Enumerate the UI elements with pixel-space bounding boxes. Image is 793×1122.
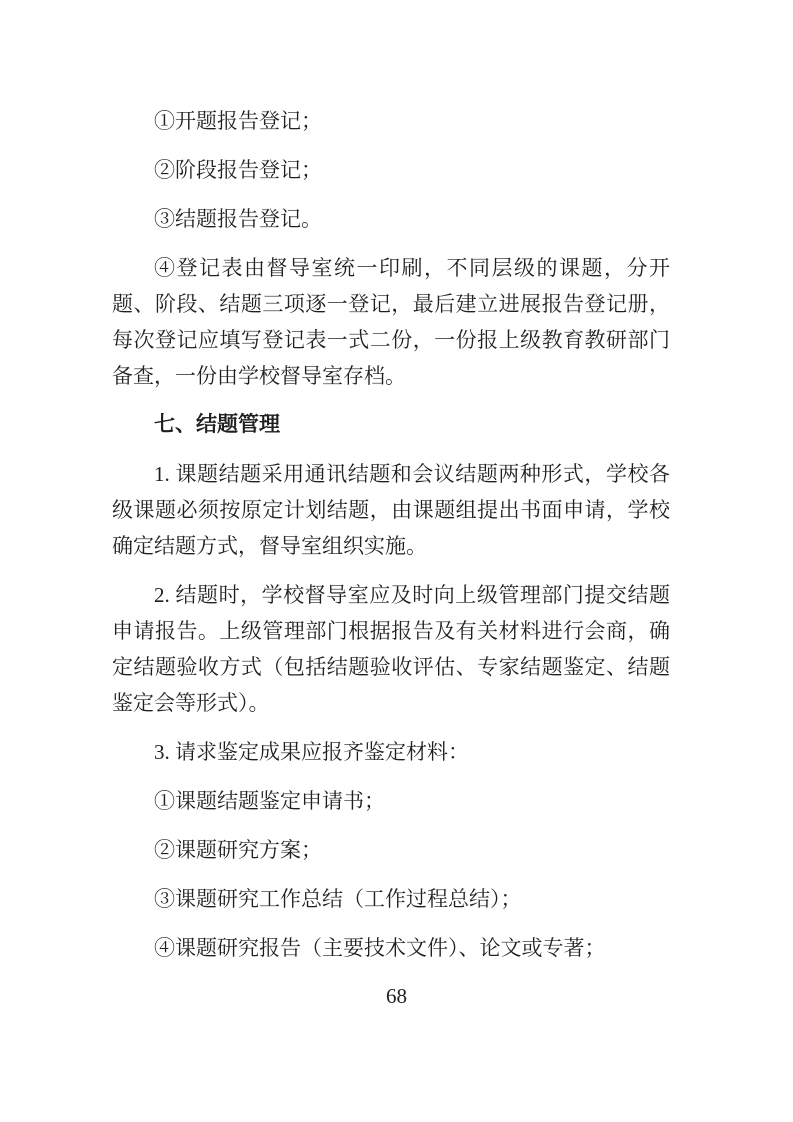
paragraph: 1. 课题结题采用通讯结题和会议结题两种形式，学校各级课题必须按原定计划结题，由… — [112, 456, 670, 564]
section-heading: 七、结题管理 — [112, 407, 670, 443]
list-item: ④课题研究报告（主要技术文件）、论文或专著； — [112, 930, 670, 966]
list-item: ①开题报告登记； — [112, 103, 670, 139]
list-item: ①课题结题鉴定申请书； — [112, 783, 670, 819]
list-item: ③结题报告登记。 — [112, 201, 670, 237]
paragraph: ④登记表由督导室统一印刷，不同层级的课题，分开题、阶段、结题三项逐一登记，最后建… — [112, 250, 670, 394]
list-item: ②阶段报告登记； — [112, 152, 670, 188]
paragraph: 2. 结题时，学校督导室应及时向上级管理部门提交结题申请报告。上级管理部门根据报… — [112, 577, 670, 721]
page-body: ①开题报告登记；②阶段报告登记；③结题报告登记。④登记表由督导室统一印刷，不同层… — [112, 103, 670, 979]
paragraph: 3. 请求鉴定成果应报齐鉴定材料： — [112, 734, 670, 770]
page-number: 68 — [0, 983, 793, 1009]
document-page: ①开题报告登记；②阶段报告登记；③结题报告登记。④登记表由督导室统一印刷，不同层… — [0, 0, 793, 1122]
list-item: ③课题研究工作总结（工作过程总结）； — [112, 881, 670, 917]
list-item: ②课题研究方案； — [112, 832, 670, 868]
